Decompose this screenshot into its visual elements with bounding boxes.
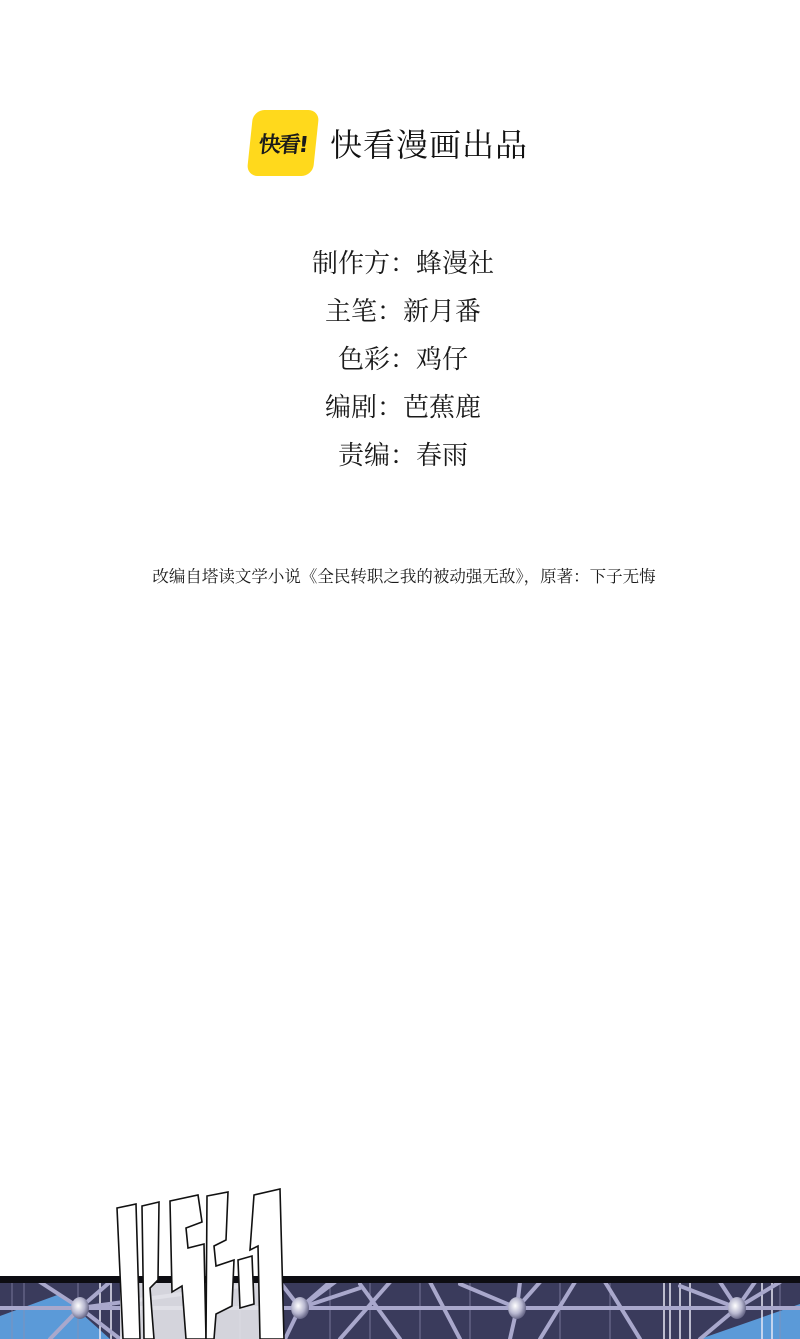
credits-list: 制作方：蜂漫社 主笔：新月番 色彩：鸡仔 编剧：芭蕉鹿 责编：春雨 — [0, 242, 800, 482]
logo-text: 快看! — [257, 128, 308, 159]
publisher-brand: 快看! 快看漫画出品 — [250, 110, 528, 176]
credit-colorist: 色彩：鸡仔 — [0, 338, 800, 386]
credit-producer: 制作方：蜂漫社 — [0, 242, 800, 290]
credit-lead-artist: 主笔：新月番 — [0, 290, 800, 338]
publisher-title: 快看漫画出品 — [330, 120, 528, 166]
comic-panel-art — [0, 1176, 800, 1339]
kuaikan-logo-icon: 快看! — [247, 110, 320, 176]
credit-writer: 编剧：芭蕉鹿 — [0, 386, 800, 434]
credit-editor: 责编：春雨 — [0, 434, 800, 482]
adaptation-note: 改编自塔读文学小说《全民转职之我的被动强无敌》，原著：下子无悔 — [0, 563, 800, 587]
comic-panel-image — [0, 1176, 800, 1339]
